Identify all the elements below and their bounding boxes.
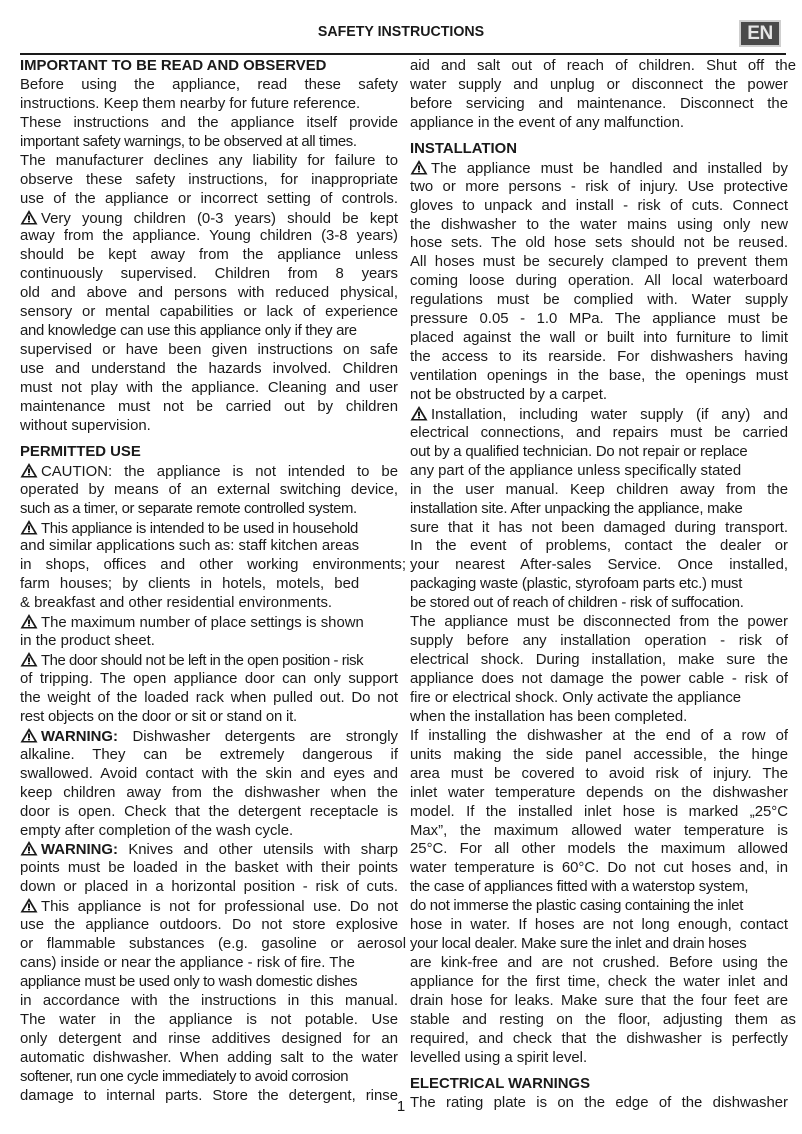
text-line: hose sets. The old hose sets should not … [410,234,788,253]
text-line: do not immerse the plastic casing contai… [410,897,788,916]
text-line: and knowledge can use this appliance onl… [20,322,398,341]
warning-triangle-icon [20,462,38,478]
text-line: any part of the appliance unless specifi… [410,462,788,481]
text-line: & breakfast and other residential enviro… [20,594,398,613]
warning-triangle-icon [20,651,38,667]
text-line: pressure 0.05 - 1.0 MPa. The appliance m… [410,310,788,329]
text-line: be stored out of reach of children - ris… [410,594,788,613]
text-line: water supply and unplug or disconnect th… [410,76,788,95]
warning-triangle-icon [20,840,38,856]
text-line: appliance must be used only to wash dome… [20,973,398,992]
text-line: placed against the wall or built into fu… [410,329,788,348]
text-line: If installing the dishwasher at the end … [410,727,788,746]
text-line: coming loose during operation. All local… [410,272,788,291]
text-line: supervised or have been given instructio… [20,341,398,360]
text-line: old and above and persons with reduced p… [20,284,398,303]
section-heading-electrical-warnings: ELECTRICAL WARNINGS [410,1075,788,1094]
text-line: must not play with the appliance. Cleani… [20,379,398,398]
text-line: your nearest After-sales Service. Once i… [410,556,788,575]
text-line: area must be covered to avoid risk of in… [410,765,788,784]
text-line: supply before any installation operation… [410,632,788,651]
language-badge: EN [739,20,781,47]
text-line: model. If the installed inlet hose is ma… [410,803,788,822]
warning-label: WARNING: [41,729,118,745]
text-line: maintenance must not be carried out by c… [20,398,398,417]
text-line: gloves to unpack and install - risk of c… [410,197,788,216]
text-line: such as a timer, or separate remote cont… [20,500,398,519]
text-line: The appliance must be disconnected from … [410,613,788,632]
text-line: observe these safety instructions, for i… [20,171,398,190]
text-line: important safety warnings, to be observe… [20,133,398,152]
text-line: sure that it has not been damaged during… [410,519,788,538]
text-line: water temperature is 60°C. Do not cut ho… [410,859,788,878]
warning-paragraph-line: This appliance is intended to be used in… [20,519,398,538]
text-line: before servicing and maintenance. Discon… [410,95,788,114]
text-line: in the user manual. Keep children away f… [410,481,788,500]
text-line: out by a qualified technician. Do not re… [410,443,788,462]
right-column: aid and salt out of reach of children. S… [410,57,788,1113]
text-line: required, and check that the dishwasher … [410,1030,788,1049]
text-line: in the product sheet. [20,632,398,651]
text-line: All hoses must be securely clamped to pr… [410,253,788,272]
text-line: drain hose for leaks. Make sure that the… [410,992,788,1011]
text-line: aid and salt out of reach of children. S… [410,57,796,76]
page-number: 1 [0,1098,802,1115]
section-heading-permitted-use: PERMITTED USE [20,443,398,462]
warning-paragraph-line: Very young children (0-3 years) should b… [20,209,398,228]
text-line: the dishwasher to the water mains using … [410,216,788,235]
section-heading-important: IMPORTANT TO BE READ AND OBSERVED [20,57,398,76]
text-line: rest objects on the door or sit or stand… [20,708,398,727]
warning-triangle-icon [20,897,38,913]
text-line: Before using the appliance, read these s… [20,76,398,95]
warning-triangle-icon [20,519,38,535]
warning-paragraph-line: WARNING: Knives and other utensils with … [20,840,398,859]
text-line: alkaline. They can be extremely dangerou… [20,746,398,765]
warning-paragraph-line: CAUTION: the appliance is not intended t… [20,462,398,481]
text-line: use of the appliance or incorrect settin… [20,190,398,209]
text-line: keep children away from the dishwasher w… [20,784,398,803]
text-line: In the event of problems, contact the de… [410,537,788,556]
left-column: IMPORTANT TO BE READ AND OBSERVED Before… [20,57,398,1106]
text-line: door is open. Check that the detergent r… [20,803,398,822]
warning-paragraph-line: Installation, including water supply (if… [410,405,788,424]
text-line: sensory or mental capabilities or lack o… [20,303,398,322]
text-line: automatic dishwasher. When adding salt t… [20,1049,398,1068]
section-heading-installation: INSTALLATION [410,140,788,159]
text-line: away from the appliance. Young children … [20,227,398,246]
warning-paragraph-line: The appliance must be handled and instal… [410,159,788,178]
text-line: cans) inside or near the appliance - ris… [20,954,398,973]
text-line: inlet water temperature depends on the d… [410,784,788,803]
text-line: two or more persons - risk of injury. Us… [410,178,788,197]
text-line: continuously supervised. Children from 8… [20,265,398,284]
warning-paragraph-line: The maximum number of place settings is … [20,613,398,632]
warning-triangle-icon [410,159,428,175]
text-line: electrical shock. During installation, m… [410,651,788,670]
warning-label: WARNING: [41,842,118,858]
text-line: in shops, offices and other working envi… [20,556,406,575]
text-line: farm houses; by clients in hotels, motel… [20,575,398,594]
text-line: packaging waste (plastic, styrofoam part… [410,575,788,594]
text-line: installation site. After unpacking the a… [410,500,788,519]
text-line: operated by means of an external switchi… [20,481,398,500]
text-line: fire or electrical shock. Only activate … [410,689,788,708]
text-line: units making the side panel accessible, … [410,746,788,765]
warning-paragraph-line: This appliance is not for professional u… [20,897,398,916]
text-line: regulations must be complied with. Water… [410,291,788,310]
text-line: of tripping. The open appliance door can… [20,670,398,689]
text-line: are kink-free and are not crushed. Befor… [410,954,788,973]
page-title: SAFETY INSTRUCTIONS [8,24,794,40]
text-line: the case of appliances fitted with a wat… [410,878,788,897]
warning-paragraph-line: The door should not be left in the open … [20,651,398,670]
text-line: appliance in the event of any malfunctio… [410,114,788,133]
text-line: down or placed in a horizontal position … [20,878,398,897]
text-line: the access to its rearside. For dishwash… [410,348,788,367]
text-line: appliance does not damage the power cabl… [410,670,788,689]
text-line: when the installation has been completed… [410,708,788,727]
text-line: electrical connections, and repairs must… [410,424,788,443]
text-line: use and understand the hazards involved.… [20,360,398,379]
text-line: levelled using a spirit level. [410,1049,788,1068]
text-line: not be obstructed by a carpet. [410,386,788,405]
text-line: ventilation openings in the base, the op… [410,367,788,386]
text-line: the weight of the loaded rack when pulle… [20,689,398,708]
text-line: only detergent and rinse additives desig… [20,1030,398,1049]
text-line: without supervision. [20,417,398,436]
warning-triangle-icon [20,613,38,629]
text-line: your local dealer. Make sure the inlet a… [410,935,788,954]
text-line: swallowed. Avoid contact with the skin a… [20,765,398,784]
text-line: in accordance with the instructions in t… [20,992,398,1011]
warning-triangle-icon [20,727,38,743]
header-divider [20,53,786,55]
text-line: appliance for the first time, check the … [410,973,788,992]
warning-paragraph-line: WARNING: Dishwasher detergents are stron… [20,727,398,746]
text-line: The water in the appliance is not potabl… [20,1011,398,1030]
text-line: These instructions and the appliance its… [20,114,398,133]
text-line: Max”, the maximum allowed water temperat… [410,822,788,841]
warning-triangle-icon [410,405,428,421]
text-line: use the appliance outdoors. Do not store… [20,916,398,935]
text-line: The manufacturer declines any liability … [20,152,398,171]
text-line: softener, run one cycle immediately to a… [20,1068,398,1087]
text-line: stable and resting on the floor, adjusti… [410,1011,796,1030]
text-line: and similar applications such as: staff … [20,537,398,556]
text-line: points must be loaded in the basket with… [20,859,398,878]
text-line: hose in water. If hoses are not long eno… [410,916,788,935]
text-line: or flammable substances (e.g. gasoline o… [20,935,406,954]
text-line: should be kept away from the appliance u… [20,246,398,265]
text-line: instructions. Keep them nearby for futur… [20,95,398,114]
text-line: empty after completion of the wash cycle… [20,822,398,841]
warning-triangle-icon [20,209,38,225]
text-line: 25°C. For all other models the maximum a… [410,840,788,859]
